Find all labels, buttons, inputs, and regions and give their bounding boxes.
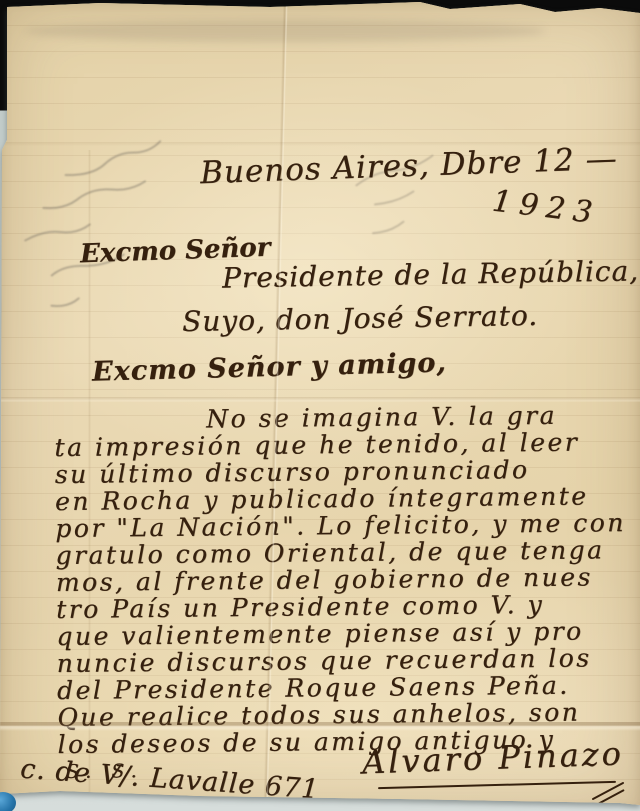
salutation: Excmo Señor y amigo, (92, 347, 447, 387)
octagonal-seal-icon (64, 53, 124, 117)
date-line: Buenos Aires, Dbre 12 — (199, 141, 618, 192)
recipient-line: Presidente de la República, (222, 254, 640, 294)
recipient-line: Suyo, don José Serrato. (182, 299, 539, 338)
paper-smudge (25, 20, 545, 42)
seal-engraving (69, 58, 119, 112)
letter-body: No se imagina V. la gra ta impresión que… (54, 401, 640, 786)
letter-paper: Buenos Aires, Dbre 12 — 1923 Excmo Señor… (0, 0, 640, 811)
paper-wrap: Buenos Aires, Dbre 12 — 1923 Excmo Señor… (0, 0, 640, 811)
year: 1923 (490, 184, 602, 232)
scanned-letter: Buenos Aires, Dbre 12 — 1923 Excmo Señor… (0, 0, 640, 811)
pen-flourish (597, 789, 624, 805)
